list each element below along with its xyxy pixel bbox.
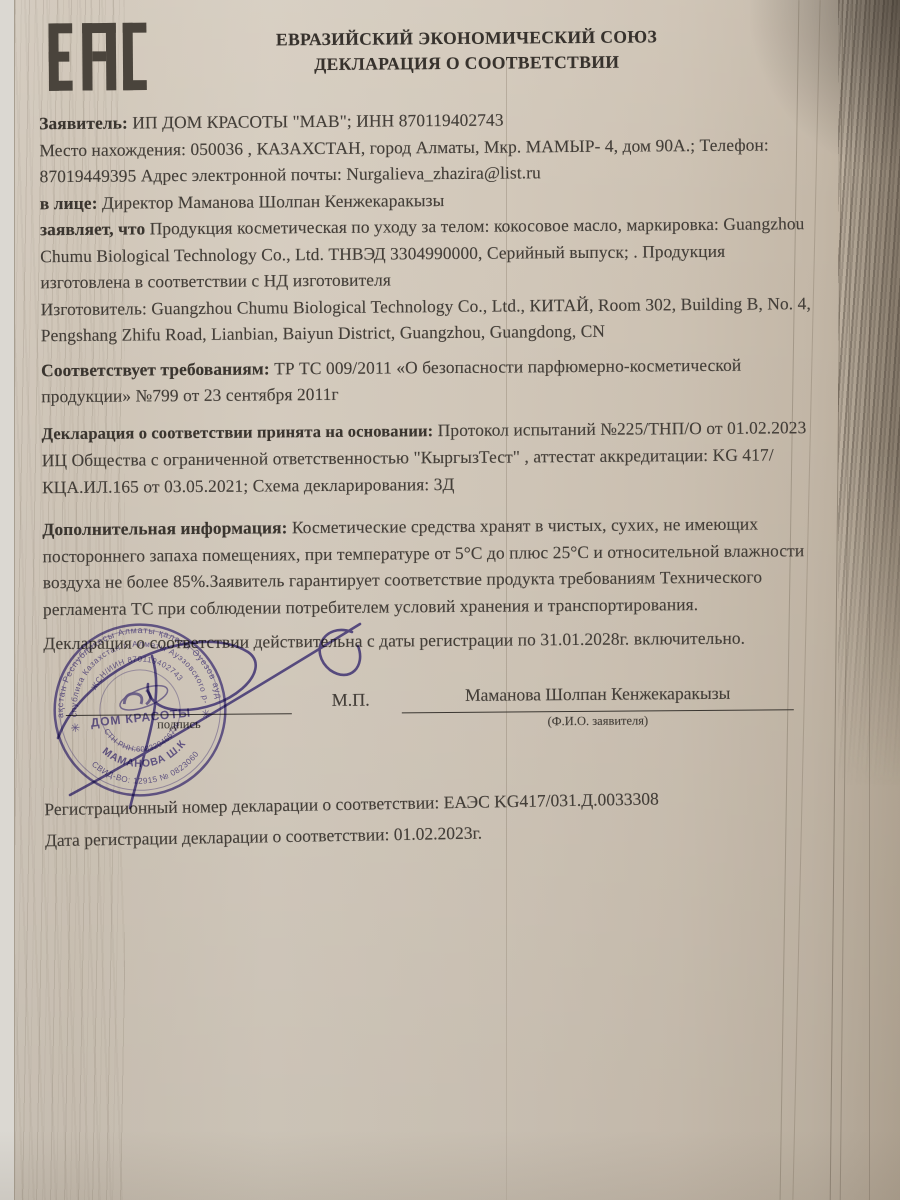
- declares-line: заявляет, что Продукция косметическая по…: [40, 210, 817, 296]
- manufacturer-line: Изготовитель: Guangzhou Chumu Biological…: [41, 290, 817, 349]
- conforms-line: Соответствует требованиям: ТР ТС 009/201…: [41, 351, 817, 410]
- handwritten-signature: [0, 560, 480, 860]
- document-title: ЕВРАЗИЙСКИЙ ЭКОНОМИЧЕСКИЙ СОЮЗ ДЕКЛАРАЦИ…: [36, 22, 896, 79]
- applicant-label: Заявитель:: [39, 113, 128, 134]
- address-line: Место нахождения: 050036 , КАЗАХСТАН, го…: [39, 131, 815, 190]
- applicant-value: ИП ДОМ КРАСОТЫ "МАВ"; ИНН 870119402743: [132, 110, 503, 133]
- person-label: в лице:: [40, 192, 98, 212]
- title-declaration: ДЕКЛАРАЦИЯ О СООТВЕТСТВИИ: [37, 47, 897, 79]
- conforms-label: Соответствует требованиям:: [41, 358, 270, 380]
- additional-label: Дополнительная информация:: [42, 517, 287, 539]
- declares-label: заявляет, что: [40, 218, 145, 239]
- person-value: Директор Маманова Шолпан Кенжекаракызы: [102, 190, 445, 213]
- basis-line: Декларация о соответствии принята на осн…: [42, 414, 819, 501]
- address-value: Место нахождения: 050036 , КАЗАХСТАН, го…: [39, 134, 769, 186]
- manufacturer-value: Изготовитель: Guangzhou Chumu Biological…: [41, 293, 811, 346]
- declares-value: Продукция косметическая по уходу за тело…: [40, 213, 804, 292]
- basis-label: Декларация о соответствии принята на осн…: [42, 421, 434, 443]
